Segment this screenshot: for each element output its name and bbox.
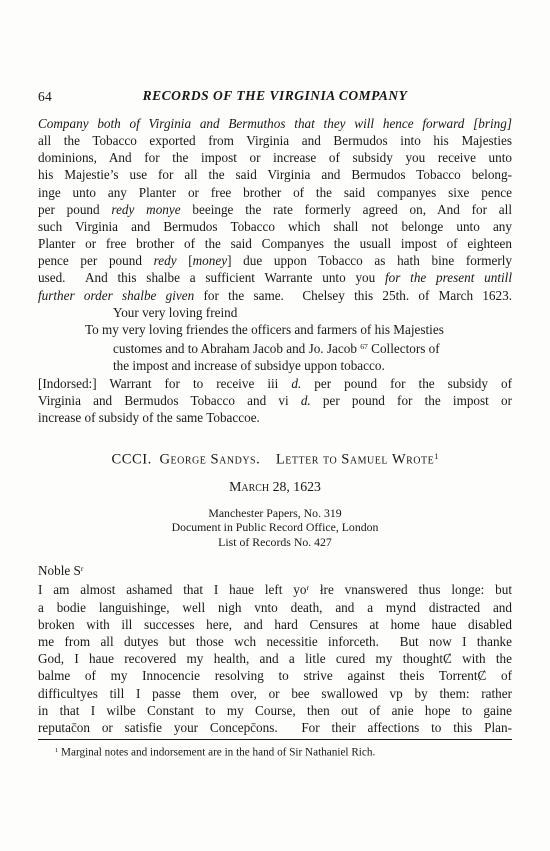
- record-301-source-citation: Manchester Papers, No. 319Document in Pu…: [38, 506, 512, 549]
- text-segment: the impost and increase of subsidye uppo…: [113, 358, 385, 373]
- text-segment: Virginia and Bermudos Tobacco and vi: [38, 393, 301, 408]
- text-line: broken with ill successes here, and hard…: [38, 616, 512, 633]
- text-line: [Indorsed:] Warrant for to receive iii d…: [38, 375, 512, 392]
- footnote: 1 Marginal notes and indorsement are in …: [38, 744, 512, 760]
- text-segment: redy: [154, 253, 177, 268]
- text-segment: łre vnanswered thus longe: but: [309, 583, 512, 598]
- text-segment: such Virginia and Bermudos Tobacco which…: [38, 219, 512, 234]
- text-segment: all the Tobacco exported from Virginia a…: [38, 133, 512, 148]
- text-segment: difficultyes till I passe them over, or …: [38, 686, 512, 701]
- text-segment: me from all dutyes but those wch necessi…: [38, 634, 512, 649]
- text-segment: Planter or free brother of the said Comp…: [38, 236, 512, 251]
- record-300-continuation-paragraph: Company both of Virginia and Bermuthos t…: [38, 115, 512, 426]
- text-line: List of Records No. 427: [38, 535, 512, 549]
- superscript-marker: 1: [434, 451, 438, 461]
- text-line: CCCI. George Sandys. Letter to Samuel Wr…: [38, 447, 512, 469]
- text-line: increase of subsidy of the same Tobaccoe…: [38, 409, 512, 426]
- book-page: 64 RECORDS OF THE VIRGINIA COMPANY Compa…: [0, 0, 550, 851]
- text-line: Manchester Papers, No. 319: [38, 506, 512, 520]
- text-segment: increase of subsidy of the same Tobaccoe…: [38, 410, 260, 425]
- text-line: Document in Public Record Office, London: [38, 520, 512, 534]
- text-line: per pound redy monye beeinge the rate fo…: [38, 201, 512, 218]
- text-segment: money: [193, 253, 227, 268]
- text-line: his Majestie’s use for all the said Virg…: [38, 166, 512, 183]
- text-segment: for the present untill: [385, 270, 512, 285]
- text-segment: used. And this shalbe a sufficient Warra…: [38, 270, 385, 285]
- text-line: in that I wilbe Constant to my Course, t…: [38, 702, 512, 719]
- text-segment: CCCI. George Sandys. Letter to Samuel Wr…: [112, 452, 435, 468]
- text-segment: a bodie languishinge, well nigh vnto dea…: [38, 600, 512, 615]
- text-line: a bodie languishinge, well nigh vnto dea…: [38, 599, 512, 616]
- text-segment: [: [177, 253, 193, 268]
- text-segment: customes and to Abraham Jacob and Jo. Ja…: [113, 341, 360, 356]
- page-number: 64: [38, 89, 52, 105]
- text-segment: d.: [291, 376, 301, 391]
- text-line: Virginia and Bermudos Tobacco and vi d. …: [38, 392, 512, 409]
- text-segment: March 28, 1623: [229, 479, 321, 494]
- text-line: Company both of Virginia and Bermuthos t…: [38, 115, 512, 132]
- text-line: reputac̄on or satisfie your Concepc̄ons.…: [38, 719, 512, 736]
- text-line: Planter or free brother of the said Comp…: [38, 235, 512, 252]
- text-line: dominions, And for the impost or increas…: [38, 149, 512, 166]
- page-content: 64 RECORDS OF THE VIRGINIA COMPANY Compa…: [38, 88, 512, 760]
- text-segment: broken with ill successes here, and hard…: [38, 617, 512, 632]
- text-line: customes and to Abraham Jacob and Jo. Ja…: [38, 338, 512, 357]
- letter-salutation: Noble Sr: [38, 560, 512, 579]
- superscript-marker: r: [81, 564, 84, 573]
- text-line: Noble Sr: [38, 560, 512, 579]
- text-segment: Your very loving freind: [113, 305, 237, 320]
- text-segment: Marginal notes and indorsement are in th…: [58, 747, 375, 759]
- text-line: To my very loving friendes the officers …: [38, 321, 512, 338]
- text-segment: beeinge the rate formerly agreed on, And…: [181, 202, 512, 217]
- text-segment: Manchester Papers, No. 319: [208, 506, 341, 520]
- text-segment: I am almost ashamed that I haue left yo: [38, 583, 306, 598]
- text-line: Your very loving freind: [38, 304, 512, 321]
- text-segment: per pound for the subsidy of: [301, 376, 512, 391]
- text-line: 1 Marginal notes and indorsement are in …: [55, 744, 512, 760]
- letter-body: I am almost ashamed that I haue left yor…: [38, 579, 512, 736]
- text-line: all the Tobacco exported from Virginia a…: [38, 132, 512, 149]
- text-line: the impost and increase of subsidye uppo…: [38, 357, 512, 374]
- text-segment: his Majestie’s use for all the said Virg…: [38, 167, 512, 182]
- text-segment: God, I haue recovered my health, and a l…: [38, 651, 512, 666]
- text-segment: Company both of Virginia and Bermuthos t…: [38, 116, 512, 131]
- running-title: RECORDS OF THE VIRGINIA COMPANY: [38, 88, 512, 104]
- record-301-date: March 28, 1623: [38, 478, 512, 495]
- text-segment: further order shalbe given: [38, 288, 194, 303]
- text-line: used. And this shalbe a sufficient Warra…: [38, 269, 512, 286]
- text-segment: for the same. Chelsey this 25th. of Marc…: [194, 288, 512, 303]
- text-line: difficultyes till I passe them over, or …: [38, 685, 512, 702]
- text-segment: pence per pound: [38, 253, 154, 268]
- footnote-divider: [38, 739, 512, 740]
- text-line: I am almost ashamed that I haue left yor…: [38, 579, 512, 598]
- text-segment: reputac̄on or satisfie your Concepc̄ons.…: [38, 720, 512, 735]
- text-segment: [Indorsed:] Warrant for to receive iii: [38, 376, 291, 391]
- text-line: March 28, 1623: [38, 478, 512, 495]
- text-segment: balme of my Innocencie resolving to stri…: [38, 668, 512, 683]
- text-segment: ] due uppon Tobacco as hath bine formerl…: [227, 253, 512, 268]
- text-segment: Noble S: [38, 563, 81, 578]
- page-header: 64 RECORDS OF THE VIRGINIA COMPANY: [38, 88, 512, 106]
- text-line: me from all dutyes but those wch necessi…: [38, 633, 512, 650]
- text-line: further order shalbe given for the same.…: [38, 287, 512, 304]
- text-line: balme of my Innocencie resolving to stri…: [38, 667, 512, 684]
- text-segment: dominions, And for the impost or increas…: [38, 150, 512, 165]
- text-segment: d.: [301, 393, 311, 408]
- text-segment: per pound for the impost or: [311, 393, 512, 408]
- text-line: God, I haue recovered my health, and a l…: [38, 650, 512, 667]
- text-segment: inge unto any Planter or free brother of…: [38, 185, 512, 200]
- text-segment: Document in Public Record Office, London: [172, 520, 379, 534]
- text-segment: in that I wilbe Constant to my Course, t…: [38, 703, 512, 718]
- text-segment: Collectors of: [368, 341, 440, 356]
- text-segment: To my very loving friendes the officers …: [85, 322, 444, 337]
- text-segment: per pound: [38, 202, 111, 217]
- text-line: such Virginia and Bermudos Tobacco which…: [38, 218, 512, 235]
- record-301-heading: CCCI. George Sandys. Letter to Samuel Wr…: [38, 447, 512, 469]
- text-segment: redy monye: [111, 202, 180, 217]
- text-line: inge unto any Planter or free brother of…: [38, 184, 512, 201]
- text-segment: List of Records No. 427: [218, 535, 332, 549]
- text-line: pence per pound redy [money] due uppon T…: [38, 252, 512, 269]
- superscript-marker: 67: [360, 342, 368, 351]
